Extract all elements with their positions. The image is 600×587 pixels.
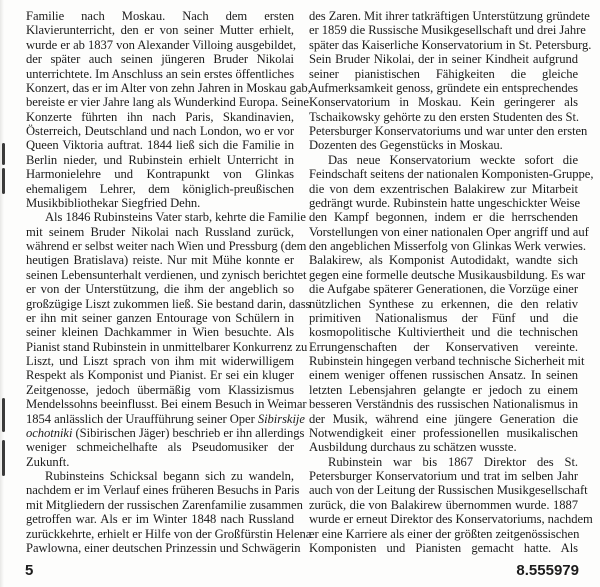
text-line: mit Mitgliedern der russischen Zarenfami…: [26, 498, 294, 512]
text-line: während er selbst weiter nach Wien und P…: [26, 239, 294, 253]
scan-artifact: [2, 168, 5, 194]
text-line: Zukunft.: [26, 455, 294, 469]
text-line: Ausbildung durchaus zu schätzen wusste.: [309, 440, 578, 454]
text-line: Pianist stand Rubinstein in unmittelbare…: [26, 340, 294, 354]
text-line: Liszt, und Liszt sprach von ihm mit wide…: [26, 354, 294, 368]
text-line: letzten Lebensjahren gelangte er jedoch …: [309, 383, 578, 397]
text-line: wurde er erneut Direktor des Konservator…: [309, 512, 578, 526]
page-number: 5: [25, 562, 33, 579]
text-line: kosmopolitische Kultiviertheit und die t…: [309, 325, 578, 339]
text-line: nachdem er im Verlauf eines früheren Bes…: [26, 483, 294, 497]
text-line: primitiven Nationalismus der Fünf und di…: [309, 311, 578, 325]
text-line: Dozenten des Gegenstücks in Moskau.: [309, 138, 578, 152]
text-line: heutigen Bratislava) reiste. Nur mit Müh…: [26, 253, 294, 267]
opera-title: Sibirskije: [258, 412, 305, 426]
text-line: der Musik, während eine jüngere Generati…: [309, 412, 578, 426]
text-line: ochotniki (Sibirischen Jäger) beschrieb …: [26, 426, 294, 440]
text-line: Queen Viktoria auftrat. 1844 ließ sich d…: [26, 138, 294, 152]
text-fragment: 1854 anlässlich der Uraufführung seiner …: [26, 412, 258, 426]
text-line: Errungenschaften der Konservativen verei…: [309, 340, 578, 354]
text-line: Tschaikowsky gehörte zu den ersten Stude…: [309, 110, 578, 124]
text-line: Respekt als Komponist und Pianist. Er se…: [26, 368, 294, 382]
text-line: er eine Karriere als einer der größten z…: [309, 527, 578, 541]
text-fragment: (Sibirischen Jäger) beschrieb er ihn all…: [72, 426, 304, 440]
text-line: Rubinsteins Schicksal begann sich zu wan…: [26, 469, 294, 483]
text-line: Familie nach Moskau. Nach dem ersten: [26, 9, 294, 23]
text-line: weniger schmeichelhafte als Pseudomusike…: [26, 440, 294, 454]
text-line: Das neue Konservatorium weckte sofort di…: [309, 153, 578, 167]
text-line: zurück, die von Balakirew übernommen wur…: [309, 498, 578, 512]
text-line: gegen eine formelle deutsche Musikausbil…: [309, 268, 578, 282]
text-line: Konzert, das er im Alter von zehn Jahren…: [26, 81, 294, 95]
text-line: bereiste er vier Jahre lang als Wunderki…: [26, 95, 294, 109]
text-line: Konservatorium in Moskau. Kein geringere…: [309, 95, 578, 109]
text-line: getroffen war. Als er im Winter 1848 nac…: [26, 512, 294, 526]
opera-title: ochotniki: [26, 426, 72, 440]
text-line: seinen Lebensunterhalt verdienen, und zy…: [26, 268, 294, 282]
text-line: Mendelssohns beeinflusst. Bei einem Besu…: [26, 397, 294, 411]
text-line: Notwendigkeit einer professionellen musi…: [309, 426, 578, 440]
text-line: gedrängt wurde. Rubinstein hatte ungesch…: [309, 196, 578, 210]
text-line: mit seinem Bruder Nikolai nach Russland …: [26, 225, 294, 239]
text-line: nützlichen Synthese zu erkennen, die den…: [309, 297, 578, 311]
scan-artifact: [2, 398, 5, 432]
page-edge-shadow: [0, 0, 4, 587]
text-line: später das Kaiserliche Konservatorium in…: [309, 38, 578, 52]
text-line: unterrichtete. Im Anschluss an sein erst…: [26, 67, 294, 81]
text-line: den Kampf begonnen, indem er die herrsch…: [309, 210, 578, 224]
text-line: Petersburger Konservatorium und trat im …: [309, 469, 578, 483]
scan-artifact: [2, 440, 5, 476]
text-line: auch von der Leitung der Russischen Musi…: [309, 483, 578, 497]
text-line: Rubinstein war bis 1867 Direktor des St.: [309, 455, 578, 469]
text-line: 1854 anlässlich der Uraufführung seiner …: [26, 412, 294, 426]
catalog-number: 8.555979: [516, 562, 579, 579]
text-line: des Zaren. Mit ihrer tatkräftigen Unters…: [309, 9, 578, 23]
text-line: Konzerte führten ihn nach Paris, Skandin…: [26, 110, 294, 124]
text-line: er von der Unterstützung, die ihm der an…: [26, 282, 294, 296]
text-line: Klavierunterricht, den er von seiner Mut…: [26, 23, 294, 37]
text-line: zurückkehrte, erhielt er Hilfe von der G…: [26, 527, 294, 541]
text-line: seiner kleinen Dachkammer in Wien besuch…: [26, 325, 294, 339]
text-line: er ihn mit seiner ganzen Entourage von S…: [26, 311, 294, 325]
text-line: Berlin nieder, und Rubinstein erhielt Un…: [26, 153, 294, 167]
text-line: der später auch seinen jüngeren Bruder N…: [26, 52, 294, 66]
scan-artifact: [2, 143, 5, 165]
text-line: seiner pianistischen Fähigkeiten die gle…: [309, 67, 578, 81]
text-line: Petersburger Konservatoriums und war unt…: [309, 124, 578, 138]
text-line: ehemaligem Lehrer, dem königlich-preußis…: [26, 182, 294, 196]
text-line: Pawlowna, einer deutschen Prinzessin und…: [26, 541, 294, 555]
text-line: Komponisten und Pianisten gemacht hatte.…: [309, 541, 578, 555]
text-line: Als 1846 Rubinsteins Vater starb, kehrte…: [26, 210, 294, 224]
text-line: den angeblichen Misserfolg von Glinkas W…: [309, 239, 578, 253]
text-line: Vorstellungen von einer nationalen Oper …: [309, 225, 578, 239]
text-line: Balakirew, als Komponist Autodidakt, wan…: [309, 253, 578, 267]
left-column: Familie nach Moskau. Nach dem ersten Kla…: [26, 9, 294, 555]
text-line: Feindschaft seitens der nationalen Kompo…: [309, 167, 578, 181]
text-line: die von dem exzentrischen Balakirew zur …: [309, 182, 578, 196]
text-line: er 1859 die Russische Musikgesellschaft …: [309, 23, 578, 37]
text-line: Rubinstein hingegen verband technische S…: [309, 354, 578, 368]
text-line: großzügige Liszt zukommen ließ. Sie best…: [26, 297, 294, 311]
text-line: Zeitgenosse, jedoch übermäßig vom Klassi…: [26, 383, 294, 397]
text-line: wurde er ab 1837 von Alexander Villoing …: [26, 38, 294, 52]
text-line: Sein Bruder Nikolai, der in seiner Kindh…: [309, 52, 578, 66]
text-line: Österreich, Deutschland und nach London,…: [26, 124, 294, 138]
text-line: Harmonielehre und Kontrapunkt von Glinka…: [26, 167, 294, 181]
text-line: Aufmerksamkeit genoss, gründete ein ents…: [309, 81, 578, 95]
text-line: Musikbibliothekar Siegfried Dehn.: [26, 196, 294, 210]
text-line: einem weniger offenen russischen Ansatz.…: [309, 368, 578, 382]
text-line: besseren Verständnis des russischen Nati…: [309, 397, 578, 411]
text-line: die Aufgabe späterer Generationen, die V…: [309, 282, 578, 296]
right-column: des Zaren. Mit ihrer tatkräftigen Unters…: [309, 9, 578, 555]
